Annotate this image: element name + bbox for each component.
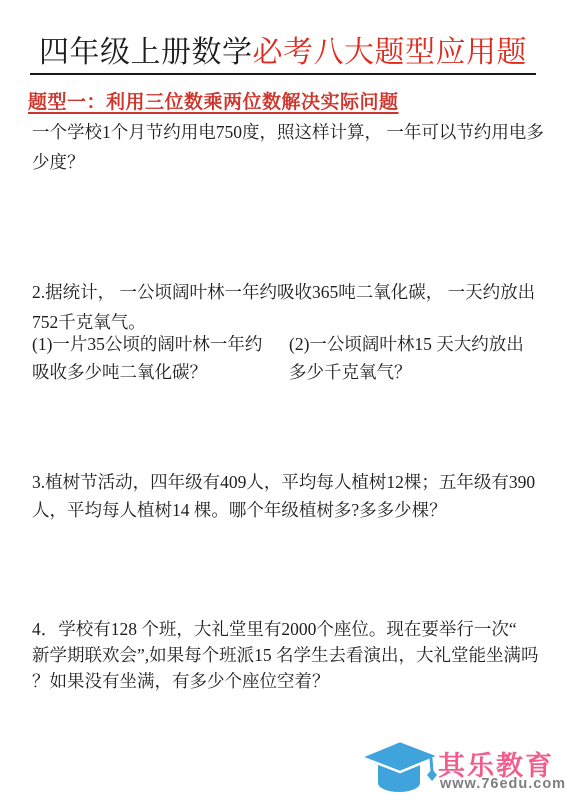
sub-question-1-line-2: 吸收多少吨二氧化碳？ (32, 358, 262, 386)
question-4-line-2: 新学期联欢会”,如果每个班派15 名学生去看演出，大礼堂能坐满吗 (32, 642, 539, 668)
question-2: 2.据统计， 一公顷阔叶林一年约吸收365吨二氧化碳， 一天约放出 752千克氧… (32, 277, 535, 337)
brand-url: www.76edu.com (440, 776, 566, 792)
question-4-line-3: ？如果没有坐满，有多少个座位空着？ (32, 668, 539, 694)
question-4-line-1: 4．学校有128 个班，大礼堂里有2000个座位。现在要举行一次“ (32, 616, 539, 642)
question-4: 4．学校有128 个班，大礼堂里有2000个座位。现在要举行一次“ 新学期联欢会… (32, 616, 539, 694)
graduation-cap-icon (355, 735, 445, 797)
question-3: 3.植树节活动，四年级有409人，平均每人植树12棵；五年级有390 人，平均每… (32, 468, 535, 524)
worksheet-page: 四年级上册数学必考八大题型应用题 题型一：利用三位数乘两位数解决实际问题 一个学… (0, 0, 566, 800)
question-1: 一个学校1个月节约用电750度，照这样计算， 一年可以节约用电多 少度？ (32, 117, 544, 177)
question-3-line-1: 3.植树节活动，四年级有409人，平均每人植树12棵；五年级有390 (32, 468, 535, 496)
brand-logo: 其乐教育 www.76edu.com (355, 733, 566, 795)
sub-question-2-line-2: 多少千克氧气？ (289, 358, 524, 386)
question-1-line-2: 少度？ (32, 147, 544, 177)
sub-question-2-line-1: (2)一公顷阔叶林15 天大约放出 (289, 330, 524, 358)
sub-question-1: (1)一片35公顷的阔叶林一年约 吸收多少吨二氧化碳？ (32, 330, 262, 386)
question-2-line-1: 2.据统计， 一公顷阔叶林一年约吸收365吨二氧化碳， 一天约放出 (32, 277, 535, 307)
sub-question-1-line-1: (1)一片35公顷的阔叶林一年约 (32, 330, 262, 358)
question-3-line-2: 人，平均每人植树14 棵。哪个年级植树多?多多少棵？ (32, 496, 535, 524)
page-title-black-part: 四年级上册数学 (39, 36, 253, 69)
section-heading: 题型一：利用三位数乘两位数解决实际问题 (28, 87, 399, 114)
question-1-line-1: 一个学校1个月节约用电750度，照这样计算， 一年可以节约用电多 (32, 117, 544, 147)
page-title: 四年级上册数学必考八大题型应用题 (0, 27, 566, 71)
sub-question-2: (2)一公顷阔叶林15 天大约放出 多少千克氧气？ (289, 330, 524, 386)
title-divider (30, 73, 536, 75)
page-title-red-part: 必考八大题型应用题 (253, 36, 528, 69)
